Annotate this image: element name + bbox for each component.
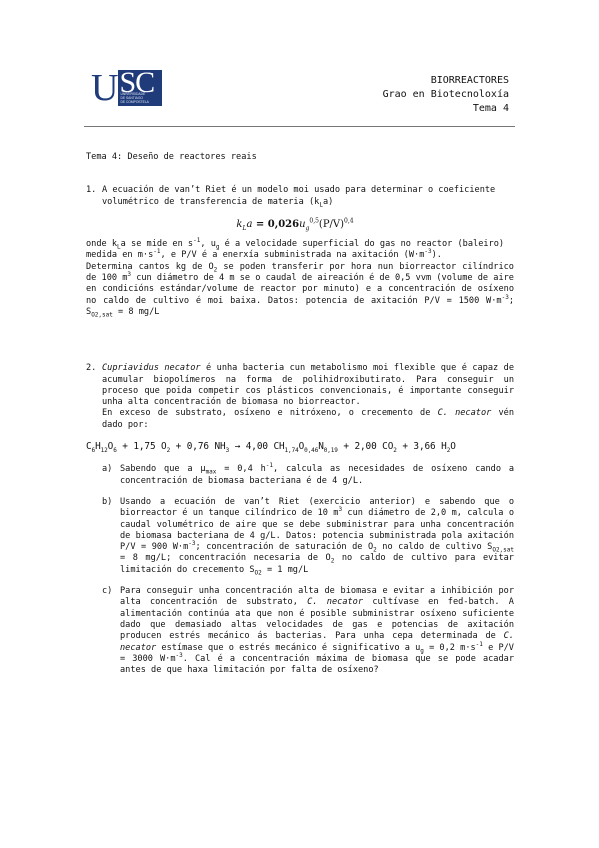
- logo-letter-u: U: [91, 70, 117, 106]
- logo-subtitle: UNIVERSIDADE DE SANTIAGO DE COMPOSTELA: [120, 92, 148, 104]
- course-name: BIORREACTORES: [383, 74, 509, 88]
- question-number: 1.: [86, 185, 102, 208]
- question-2: 2. Cupriavidus necator é unha bacteria c…: [86, 363, 514, 431]
- header-divider: [84, 126, 515, 127]
- question-1-intro: A ecuación de van’t Riet é un modelo moi…: [102, 185, 514, 208]
- logo-box: SC UNIVERSIDADE DE SANTIAGO DE COMPOSTEL…: [118, 70, 162, 106]
- question-2-growth: En exceso de substrato, osíxeno e nitróx…: [102, 408, 514, 431]
- question-1-where: onde kLa se mide en s-1, ug é a velocida…: [86, 239, 514, 262]
- document-body: Tema 4: Deseño de reactores reais 1. A e…: [86, 152, 514, 676]
- question-2-intro: Cupriavidus necator é unha bacteria cun …: [102, 363, 514, 408]
- usc-logo: U SC UNIVERSIDADE DE SANTIAGO DE COMPOST…: [91, 70, 162, 106]
- topic-label: Tema 4: [383, 102, 509, 116]
- document-header: BIORREACTORES Grao en Biotecnoloxía Tema…: [383, 74, 509, 116]
- vant-riet-formula: kLa = 0,026ug0,5(P/V)0,4: [86, 219, 514, 230]
- question-1: 1. A ecuación de van’t Riet é un modelo …: [86, 185, 514, 208]
- growth-reaction: C6H12O6 + 1,75 O2 + 0,76 NH3 → 4,00 CH1,…: [86, 441, 514, 452]
- question-1-task: Determina cantos kg de O2 se poden trans…: [86, 262, 514, 318]
- question-2c: c) Para conseguir unha concentración alt…: [102, 586, 514, 676]
- question-2a: a) Sabendo que a μmax = 0,4 h-1, calcula…: [102, 464, 514, 487]
- question-2b: b) Usando a ecuación de van’t Riet (exer…: [102, 497, 514, 576]
- document-title: Tema 4: Deseño de reactores reais: [86, 152, 514, 163]
- question-number: 2.: [86, 363, 102, 431]
- degree-name: Grao en Biotecnoloxía: [383, 88, 509, 102]
